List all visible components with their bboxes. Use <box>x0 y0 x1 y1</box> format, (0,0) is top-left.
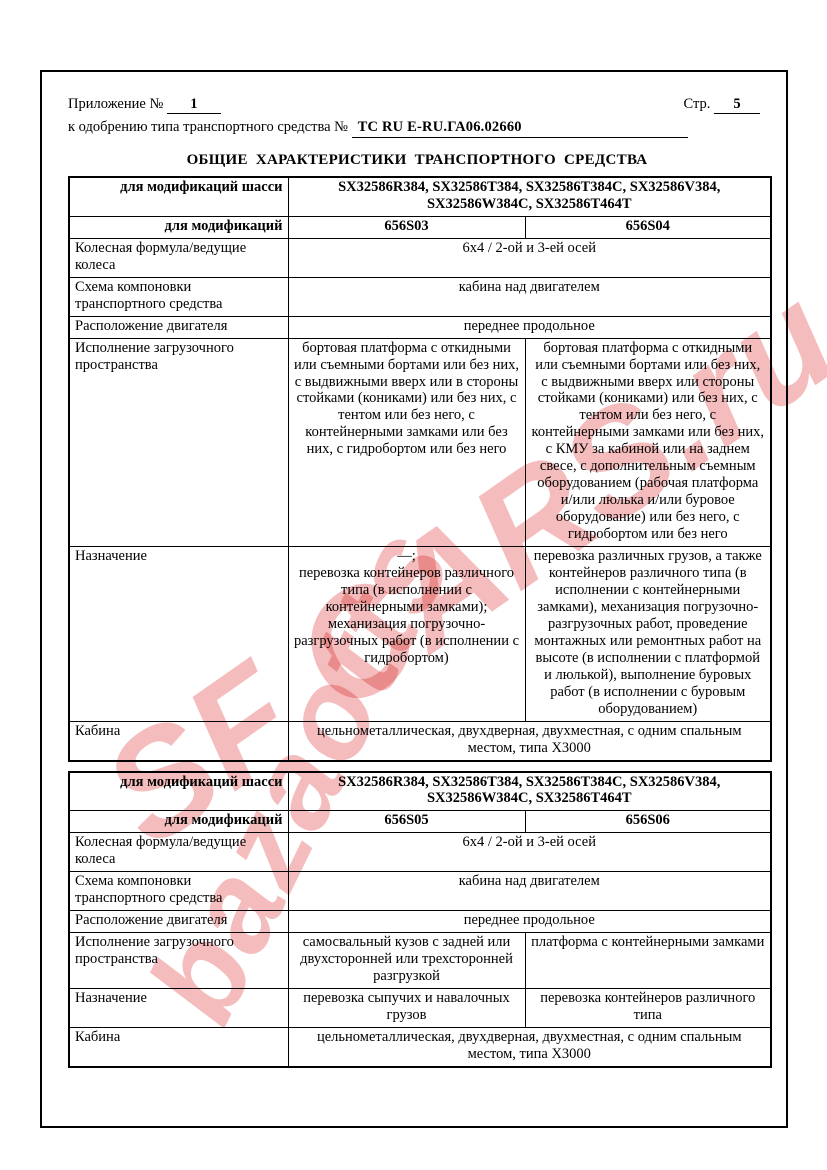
purpose-label: Назначение <box>69 988 288 1027</box>
purpose-a: перевозка сыпучих и навалочных грузов <box>288 988 525 1027</box>
table-row: Расположение двигателя переднее продольн… <box>69 911 771 933</box>
table-row: Исполнение загрузочного пространства сам… <box>69 933 771 989</box>
chassis-models: SX32586R384, SX32586T384, SX32586T384C, … <box>288 177 771 216</box>
table-row: для модификаций 656S03 656S04 <box>69 216 771 238</box>
purpose-b: перевозка контейнеров различного типа <box>525 988 771 1027</box>
header-line-1: Приложение № 1 Стр. 5 <box>68 96 766 114</box>
table-row: Схема компоновки транспортного средства … <box>69 872 771 911</box>
table-row: Назначение перевозка сыпучих и навалочны… <box>69 988 771 1027</box>
spec-table-1: для модификаций шасси SX32586R384, SX325… <box>68 176 772 762</box>
purpose-label: Назначение <box>69 547 288 722</box>
table-row: Колесная формула/ведущие колеса 6х4 / 2-… <box>69 238 771 277</box>
wheel-formula-label: Колесная формула/ведущие колеса <box>69 833 288 872</box>
chassis-mod-label: для модификаций шасси <box>69 772 288 811</box>
engine-position-label: Расположение двигателя <box>69 316 288 338</box>
page-group: Стр. 5 <box>684 96 767 114</box>
wheel-formula-label: Колесная формула/ведущие колеса <box>69 238 288 277</box>
cargo-space-b: бортовая платформа с откидными или съемн… <box>525 338 771 546</box>
layout-scheme-label: Схема компоновки транспортного средства <box>69 872 288 911</box>
page-border-frame: Приложение № 1 Стр. 5 к одобрению типа т… <box>40 70 788 1128</box>
appendix-number: 1 <box>167 96 221 114</box>
table-row: Кабина цельнометаллическая, двухдверная,… <box>69 721 771 760</box>
table-row: Исполнение загрузочного пространства бор… <box>69 338 771 546</box>
document-page: Приложение № 1 Стр. 5 к одобрению типа т… <box>0 0 827 1170</box>
layout-scheme-value: кабина над двигателем <box>288 277 771 316</box>
table-row: для модификаций 656S05 656S06 <box>69 811 771 833</box>
engine-position-value: переднее продольное <box>288 316 771 338</box>
cabin-label: Кабина <box>69 721 288 760</box>
table-row: для модификаций шасси SX32586R384, SX325… <box>69 772 771 811</box>
appendix-group: Приложение № 1 <box>68 96 221 114</box>
cabin-value: цельнометаллическая, двухдверная, двухме… <box>288 721 771 760</box>
table-row: Назначение —; перевозка контейнеров разл… <box>69 547 771 722</box>
layout-scheme-value: кабина над двигателем <box>288 872 771 911</box>
wheel-formula-value: 6х4 / 2-ой и 3-ей осей <box>288 833 771 872</box>
spec-table-2: для модификаций шасси SX32586R384, SX325… <box>68 771 772 1068</box>
mod-code-a: 656S05 <box>288 811 525 833</box>
table-row: Расположение двигателя переднее продольн… <box>69 316 771 338</box>
appendix-label: Приложение № <box>68 96 163 112</box>
chassis-mod-label: для модификаций шасси <box>69 177 288 216</box>
approval-number: ТС RU E-RU.ГА06.02660 <box>352 119 688 138</box>
wheel-formula-value: 6х4 / 2-ой и 3-ей осей <box>288 238 771 277</box>
cabin-label: Кабина <box>69 1027 288 1066</box>
table-row: Кабина цельнометаллическая, двухдверная,… <box>69 1027 771 1066</box>
header-line-2: к одобрению типа транспортного средства … <box>68 119 766 138</box>
table-row: Схема компоновки транспортного средства … <box>69 277 771 316</box>
cargo-space-a: бортовая платформа с откидными или съемн… <box>288 338 525 546</box>
mods-label: для модификаций <box>69 811 288 833</box>
layout-scheme-label: Схема компоновки транспортного средства <box>69 277 288 316</box>
page-title: ОБЩИЕ ХАРАКТЕРИСТИКИ ТРАНСПОРТНОГО СРЕДС… <box>68 152 766 169</box>
cargo-space-b: платформа с контейнерными замками <box>525 933 771 989</box>
page-label: Стр. <box>684 96 711 112</box>
approval-label: к одобрению типа транспортного средства … <box>68 119 348 135</box>
mod-code-b: 656S06 <box>525 811 771 833</box>
mod-code-a: 656S03 <box>288 216 525 238</box>
table-row: Колесная формула/ведущие колеса 6х4 / 2-… <box>69 833 771 872</box>
mods-label: для модификаций <box>69 216 288 238</box>
cabin-value: цельнометаллическая, двухдверная, двухме… <box>288 1027 771 1066</box>
purpose-a: —; перевозка контейнеров различного типа… <box>288 547 525 722</box>
cargo-space-label: Исполнение загрузочного пространства <box>69 933 288 989</box>
page-number: 5 <box>714 96 760 114</box>
table-row: для модификаций шасси SX32586R384, SX325… <box>69 177 771 216</box>
purpose-b: перевозка различных грузов, а также конт… <box>525 547 771 722</box>
cargo-space-a: самосвальный кузов с задней или двухстор… <box>288 933 525 989</box>
engine-position-value: переднее продольное <box>288 911 771 933</box>
cargo-space-label: Исполнение загрузочного пространства <box>69 338 288 546</box>
engine-position-label: Расположение двигателя <box>69 911 288 933</box>
mod-code-b: 656S04 <box>525 216 771 238</box>
chassis-models: SX32586R384, SX32586T384, SX32586T384C, … <box>288 772 771 811</box>
